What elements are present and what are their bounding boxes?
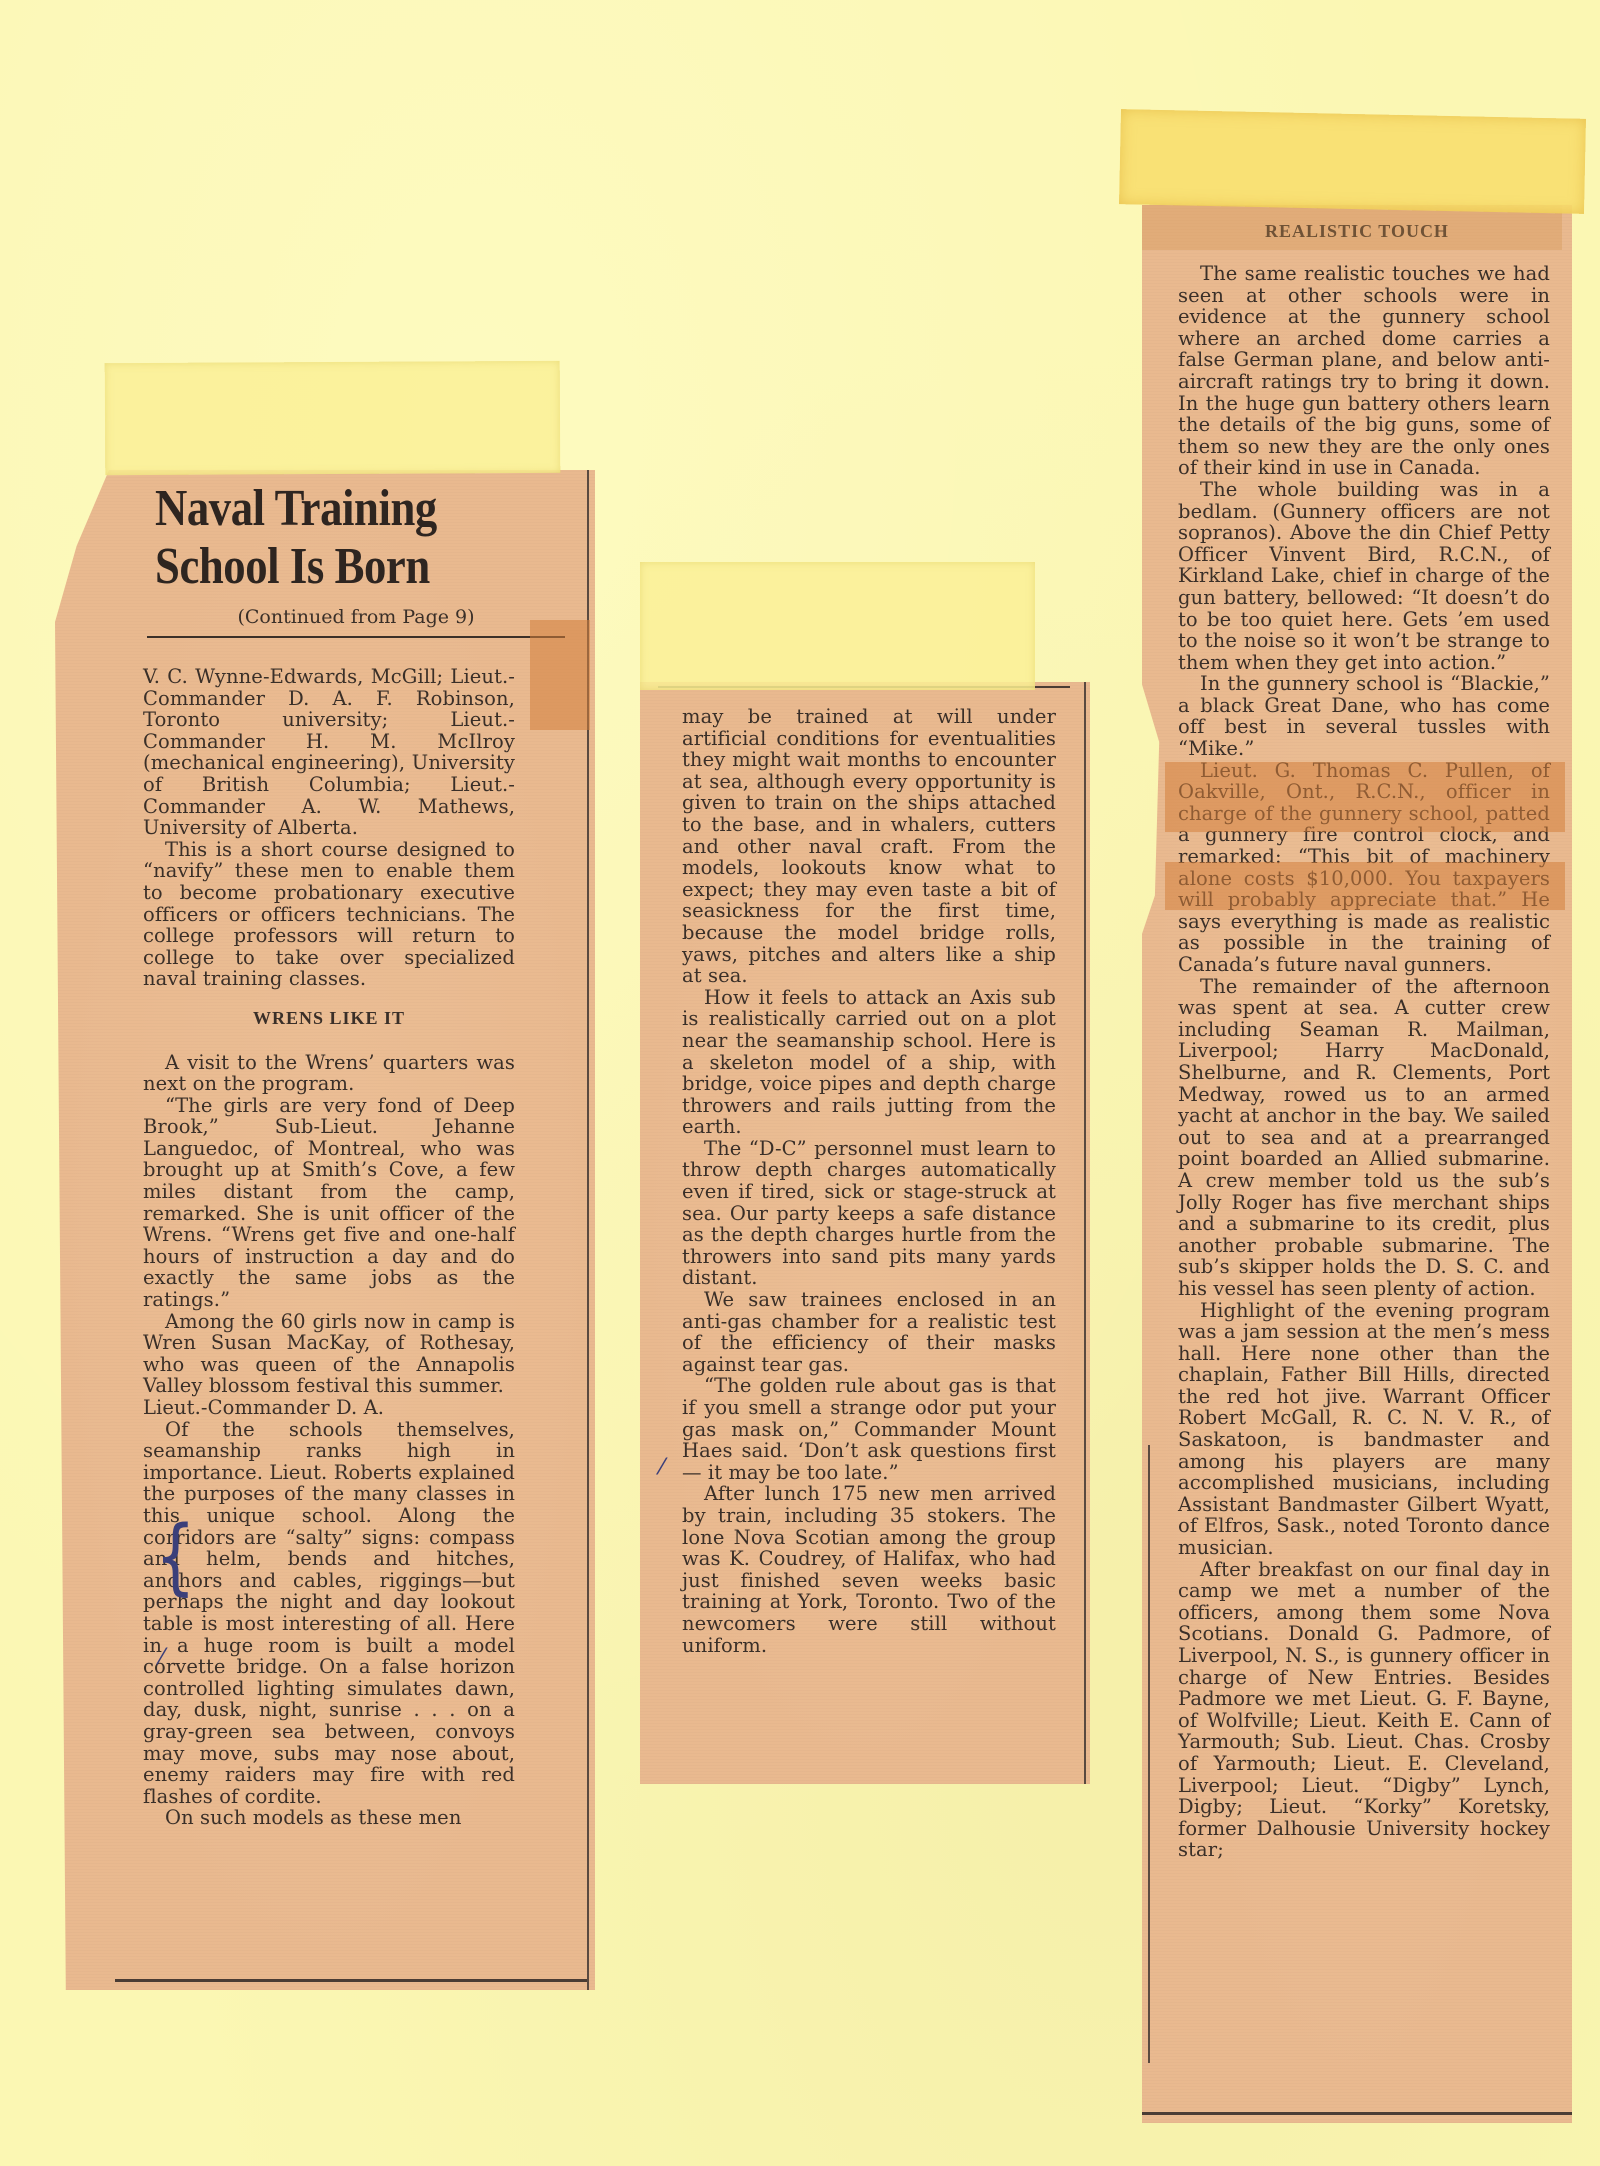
continued-line: (Continued from Page 9) [147,606,565,638]
article-paragraph: Lieut. G. Thomas C. Pullen, of Oakville,… [1178,760,1550,976]
tape-middle [640,562,1035,690]
article-paragraph: This is a short course designed to “navi… [143,839,515,990]
article-paragraph: The whole building was in a bedlam. (Gun… [1178,479,1550,673]
left-clipping: Naval Training School Is Born (Continued… [55,470,595,1990]
article-paragraph: Lieut.-Commander D. A. [143,1397,515,1419]
middle-clipping: may be trained at will under artificial … [640,682,1090,1784]
article-paragraph: V. C. Wynne-Edwards, McGill; Lieut.-Comm… [143,666,515,839]
tick-pen-mark: ⁄ [660,1455,664,1480]
intro-paragraphs: V. C. Wynne-Edwards, McGill; Lieut.-Comm… [143,666,515,990]
column-end-rule [1142,2112,1572,2115]
headline-block: Naval Training School Is Born (Continued… [155,480,585,638]
right-clipping: REALISTIC TOUCH The same realistic touch… [1142,205,1572,2123]
tick-pen-mark: ⁄ [160,1645,164,1670]
headline: Naval Training School Is Born [155,480,525,596]
headline-line-1: Naval Training [155,480,525,538]
headline-line-2: School Is Born [155,538,525,596]
article-paragraph: A visit to the Wrens’ quarters was next … [143,1052,515,1095]
article-paragraph: We saw trainees enclosed in an anti-gas … [682,1289,1056,1375]
tape-right [1119,109,1586,214]
subhead-realistic-touch: REALISTIC TOUCH [1142,221,1572,242]
article-paragraph: The “D-C” personnel must learn to throw … [682,1138,1056,1289]
article-paragraph: may be trained at will under artificial … [682,706,1056,987]
article-paragraph: How it feels to attack an Axis sub is re… [682,987,1056,1138]
article-paragraph: Of the schools themselves, seamanship ra… [143,1419,515,1808]
tape-left [105,361,561,475]
article-paragraph: After breakfast on our final day in camp… [1178,1559,1550,1861]
column-rule [1084,682,1086,1784]
column-end-rule [115,1979,587,1982]
article-paragraph: After lunch 175 new men arrived by train… [682,1483,1056,1656]
article-paragraph: Highlight of the evening program was a j… [1178,1300,1550,1559]
article-paragraph: Among the 60 girls now in camp is Wren S… [143,1311,515,1397]
article-paragraph: “The girls are very fond of Deep Brook,”… [143,1095,515,1311]
article-paragraph: The same realistic touches we had seen a… [1178,263,1550,479]
subhead-wrens: WRENS LIKE IT [143,1008,515,1030]
left-article-body: V. C. Wynne-Edwards, McGill; Lieut.-Comm… [143,666,515,1829]
article-paragraph: In the gunnery school is “Blackie,” a bl… [1178,673,1550,759]
column-rule [1148,1445,1150,2063]
article-paragraph: On such models as these men [143,1807,515,1829]
brace-pen-mark: { [155,1509,196,1605]
article-paragraph: The remainder of the afternoon was spent… [1178,976,1550,1300]
right-article-body: The same realistic touches we had seen a… [1178,263,1550,1861]
article-paragraph: “The golden rule about gas is that if yo… [682,1375,1056,1483]
body-paragraphs: A visit to the Wrens’ quarters was next … [143,1052,515,1829]
middle-article-body: may be trained at will under artificial … [682,706,1056,1656]
column-rule [587,470,589,1990]
